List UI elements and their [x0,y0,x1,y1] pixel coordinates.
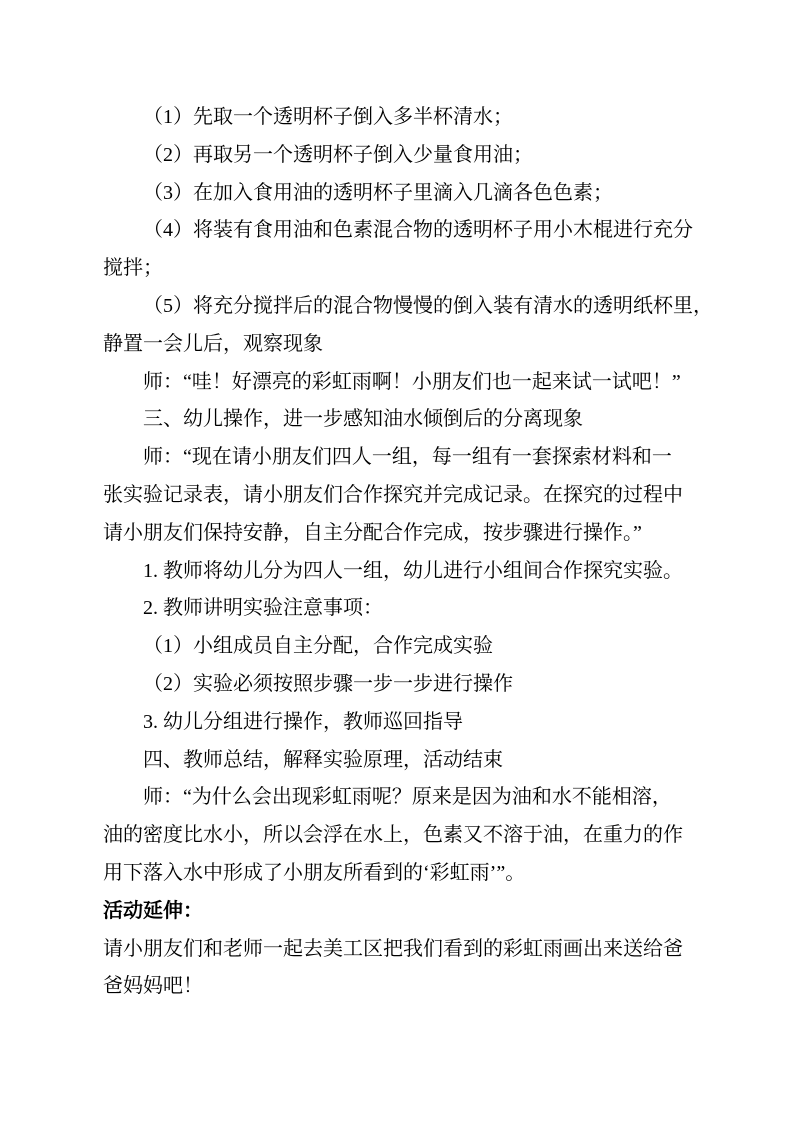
text-line: （3）在加入食用油的透明杯子里滴入几滴各色色素； [103,175,699,213]
text-line: 1. 教师将幼儿分为四人一组，幼儿进行小组间合作探究实验。 [103,553,699,591]
text-line: 师：“为什么会出现彩虹雨呢？原来是因为油和水不能相溶， [103,779,699,817]
text-line: 请小朋友们和老师一起去美工区把我们看到的彩虹雨画出来送给爸 [103,931,699,969]
paragraph: 师：“现在请小朋友们四人一组，每一组有一套探索材料和一张实验记录表，请小朋友们合… [103,439,699,552]
text-line: （5）将充分搅拌后的混合物慢慢的倒入装有清水的透明纸杯里， [103,288,699,326]
paragraph: 请小朋友们和老师一起去美工区把我们看到的彩虹雨画出来送给爸爸妈妈吧！ [103,931,699,1007]
text-line: 用下落入水中形成了小朋友所看到的‘彩虹雨’”。 [103,855,699,893]
paragraph: （3）在加入食用油的透明杯子里滴入几滴各色色素； [103,175,699,213]
text-line: （2）再取另一个透明杯子倒入少量食用油； [103,137,699,175]
text-line: 师：“现在请小朋友们四人一组，每一组有一套探索材料和一 [103,439,699,477]
text-line: 油的密度比水小，所以会浮在水上，色素又不溶于油，在重力的作 [103,817,699,855]
text-line: 师：“哇！好漂亮的彩虹雨啊！小朋友们也一起来试一试吧！” [103,364,699,402]
paragraph: （2）实验必须按照步骤一步一步进行操作 [103,666,699,704]
section-heading: 活动延伸： [103,893,699,931]
paragraph: （1）先取一个透明杯子倒入多半杯清水； [103,99,699,137]
paragraph: （2）再取另一个透明杯子倒入少量食用油； [103,137,699,175]
paragraph: 三、幼儿操作，进一步感知油水倾倒后的分离现象 [103,401,699,439]
text-line: 张实验记录表，请小朋友们合作探究并完成记录。在探究的过程中 [103,477,699,515]
paragraph: （1）小组成员自主分配，合作完成实验 [103,628,699,666]
text-line: 请小朋友们保持安静，自主分配合作完成，按步骤进行操作。” [103,515,699,553]
paragraph: 师：“为什么会出现彩虹雨呢？原来是因为油和水不能相溶，油的密度比水小，所以会浮在… [103,779,699,892]
document-content: （1）先取一个透明杯子倒入多半杯清水；（2）再取另一个透明杯子倒入少量食用油；（… [103,99,699,1006]
text-line: （2）实验必须按照步骤一步一步进行操作 [103,666,699,704]
paragraph: 师：“哇！好漂亮的彩虹雨啊！小朋友们也一起来试一试吧！” [103,364,699,402]
text-line: 2. 教师讲明实验注意事项： [103,590,699,628]
text-line: 四、教师总结，解释实验原理，活动结束 [103,742,699,780]
text-line: 活动延伸： [103,893,699,931]
paragraph: 四、教师总结，解释实验原理，活动结束 [103,742,699,780]
text-line: （1）小组成员自主分配，合作完成实验 [103,628,699,666]
paragraph: 3. 幼儿分组进行操作，教师巡回指导 [103,704,699,742]
document-page: （1）先取一个透明杯子倒入多半杯清水；（2）再取另一个透明杯子倒入少量食用油；（… [0,0,794,1123]
text-line: （4）将装有食用油和色素混合物的透明杯子用小木棍进行充分 [103,212,699,250]
text-line: 爸妈妈吧！ [103,968,699,1006]
text-line: 静置一会儿后，观察现象 [103,326,699,364]
text-line: 搅拌； [103,250,699,288]
paragraph: 2. 教师讲明实验注意事项： [103,590,699,628]
paragraph: 1. 教师将幼儿分为四人一组，幼儿进行小组间合作探究实验。 [103,553,699,591]
text-line: 3. 幼儿分组进行操作，教师巡回指导 [103,704,699,742]
paragraph: （4）将装有食用油和色素混合物的透明杯子用小木棍进行充分搅拌； [103,212,699,288]
paragraph: （5）将充分搅拌后的混合物慢慢的倒入装有清水的透明纸杯里，静置一会儿后，观察现象 [103,288,699,364]
text-line: （1）先取一个透明杯子倒入多半杯清水； [103,99,699,137]
text-line: 三、幼儿操作，进一步感知油水倾倒后的分离现象 [103,401,699,439]
